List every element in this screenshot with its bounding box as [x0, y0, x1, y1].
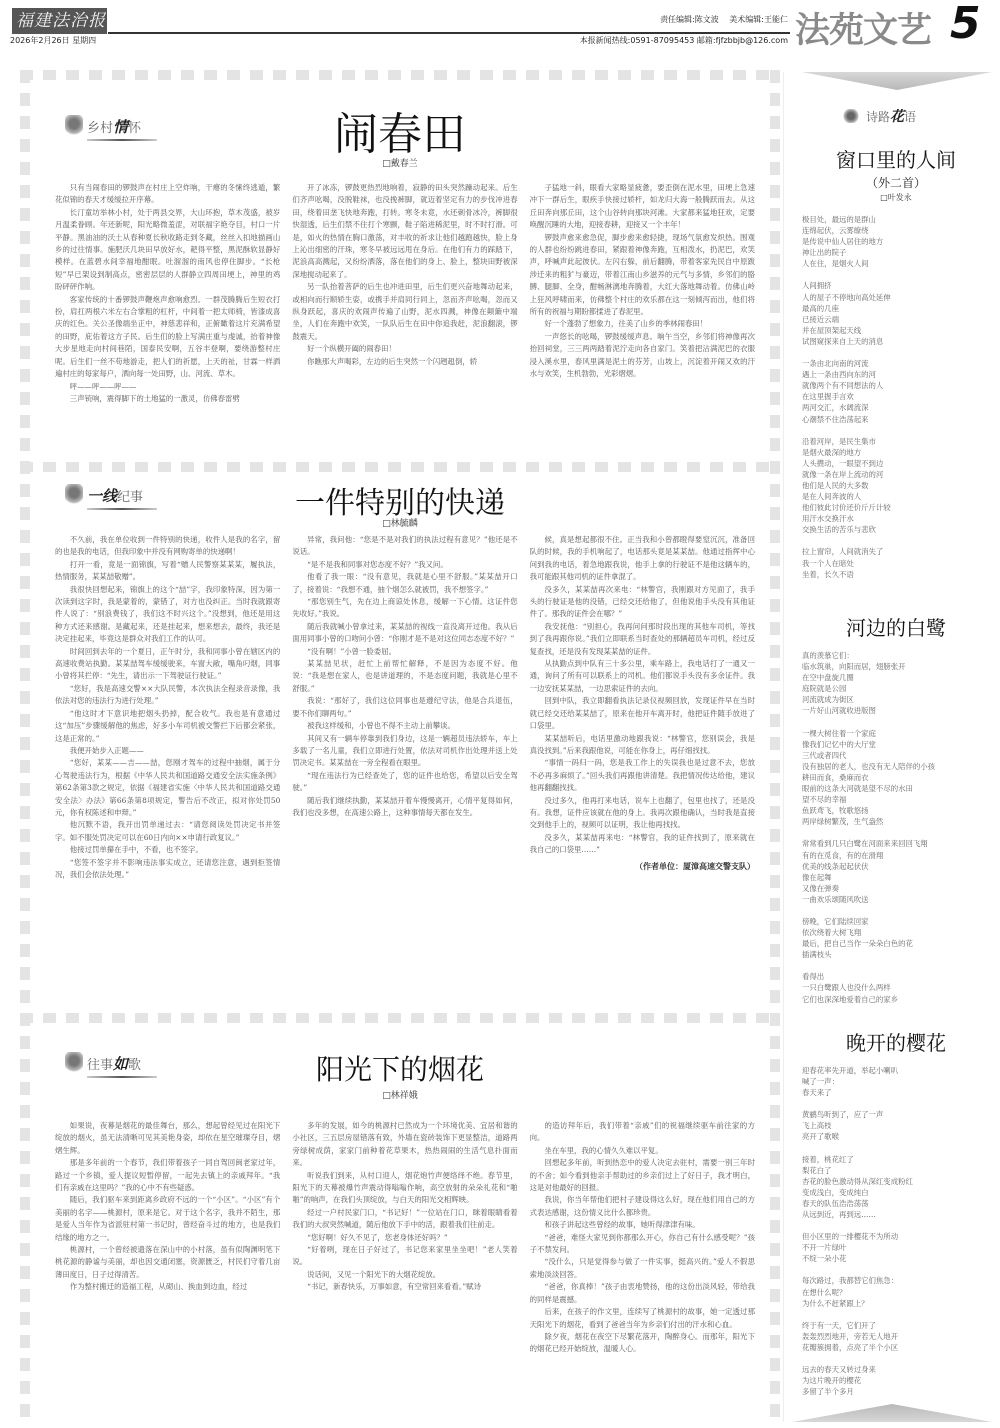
farmer-figure-icon: [65, 115, 83, 137]
poem-line: 坐着，长久不语: [802, 569, 992, 580]
paragraph: 我安抚他：“别担心，我再问问那时段出现的其他车司机，等找到了我再跟你说。”我们立…: [530, 621, 755, 658]
border-right: [770, 70, 780, 1420]
poem-line: 从远到近，再到远……: [802, 1209, 992, 1220]
paragraph: 经过一户村民家门口，“书记好！”一位站在门口，眯着眼睛看着我们的大叔突然喊道，随…: [292, 1207, 517, 1232]
poem-line: 杏花的脸色激动得从深红变成粉红: [802, 1176, 992, 1187]
poem-line: 为这片晚开的樱花: [802, 1375, 992, 1386]
paragraph: 随后，我们驱车来到距离乡政府不远的一个“小区”。“小区”有个美丽的名字——桃源村…: [55, 1194, 280, 1244]
paragraph: “爸爸，你真棒！”孩子由衷地赞扬，他的这份出淡风轻，带给我的同样是震撼。: [530, 1281, 755, 1306]
poem-line: 望不尽的幸福: [802, 794, 992, 805]
sidebar-divider: [783, 72, 784, 1422]
body-column-1: 只有当闹春田的锣鼓声在村庄上空炸响，干瘪的冬愫终逃遁，繁花似锦的春天才缓缓拉开序…: [55, 182, 280, 454]
hotline-contact: 本报新闻热线:0591-87095453 邮箱:fjfzbbjb@126.com: [580, 35, 788, 46]
poem-body: 真的羡慕它们： 临水筑巢，向阳而居，翅膀张开 在空中盘旋几圈 庭院就是公园 河流…: [802, 650, 992, 1016]
poem-line: 试图窥探来自上天的消息: [802, 336, 992, 347]
poem-line: 一片好山河就收进版图: [802, 705, 992, 716]
poem-line: 迎春花率先开道，举起小喇叭: [802, 1065, 992, 1076]
poem-line: 为什么不赶紧跟上？: [802, 1298, 992, 1309]
column-tag-label: 诗路花语: [866, 106, 916, 126]
poem-line: 依次绕着大树飞翔: [802, 927, 992, 938]
body-column-3: 的造访拜年后，我们带着“亲戚”们的祝福继续驱车前往家的方向。 坐在车里，我的心情…: [530, 1120, 755, 1420]
paragraph: “您好，我是高速交警××大队民警，本次执法全程录音录像，我依法对您的违法行为进行…: [55, 683, 280, 708]
poem-line: 像在起舞: [802, 872, 992, 883]
poem-line: 用汗水交换汗水: [802, 513, 992, 524]
poem-line: 花瓣簇拥着，点亮了半个小区: [802, 1342, 992, 1353]
poem-line: 常常看到几只白鹭在河面来来回回飞翔: [802, 838, 992, 849]
article-body: 如果说，夜幕是烟花的最佳舞台，那么，想起曾经见过在阳光下绽放的烟火，虽无法清晰可…: [55, 1120, 755, 1420]
stanza: 傍晚，它们陆续回家 依次绕着大树飞翔 最后，把自己当作一朵朵白色的花 插满枝头: [802, 916, 992, 960]
paragraph: “爸爸，难怪大家见到你都那么开心，你自己有什么感受呢？”孩子不禁发问。: [530, 1232, 755, 1257]
poem-line: 但小区里的一排樱花不为所动: [802, 1231, 992, 1242]
poem-line: 春天来了: [802, 1087, 992, 1098]
paragraph: 被我这样缓和，小曾也不得不主动上前攀谈。: [292, 720, 517, 732]
poem-line: 心潮禁不住浩荡起来: [802, 414, 992, 425]
poem-line: 一棵大树住着一个家庭: [802, 728, 992, 739]
tag-underline: [87, 1076, 157, 1078]
poem-line: 在这里握手言欢: [802, 391, 992, 402]
stanza: 极目处，最远的是群山 连绵起伏，云雾缭绕 是传说中仙人居住的地方 神让出的院子 …: [802, 214, 992, 269]
paragraph: 子猛地一斜，眼看大家略显疲惫，要歪倒在泥水里，田埂上急速冲下一群后生，眼疾手快接…: [530, 182, 755, 232]
paragraph: 随后我就喊小曾拿过来，某某喆的视线一直没离开过他。我从后面用同事小曾的口吻问小曾…: [292, 621, 517, 646]
tag-underline: [87, 508, 157, 510]
masthead: 福建法治报 2026年2月26日 星期四 责任编辑:陈文波 美术编辑:王能仁 本…: [0, 0, 1000, 48]
poem-subtitle: （外二首）: [792, 174, 1000, 191]
paragraph: 只有当闹春田的锣鼓声在村庄上空炸响，干瘪的冬愫终逃遁，繁花似锦的春天才缓缓拉开序…: [55, 182, 280, 207]
poem-line: 他们是人民的大多数: [802, 480, 992, 491]
article-byline: □戴春兰: [240, 156, 560, 169]
paragraph: “事情一码归一码，您是我工作上的失误我也是过意不去，您放不必再多麻烦了。”回头我…: [530, 757, 755, 794]
stanza: 看得出 一只白鹭跟人也没什么两样 它们也深深地爱着自己的家乡: [802, 971, 992, 1004]
poem-line: 临水筑巢，向阳而居，翅膀张开: [802, 661, 992, 672]
paragraph: 你瞧那大声喝彩，左边的后生突然一个闪趔趄倒，轿: [292, 356, 517, 368]
paragraph: 锣鼓声愈来愈急促，脚步愈来愈轻捷，现场气氛愈发炽热。围观的人群也纷纷跳进春田，紧…: [530, 232, 755, 319]
border-top-article2: [20, 462, 780, 472]
paragraph: 没多久，某某喆再来电：“林警官，我的证件找到了，原来就在我自己的口袋里……”: [530, 832, 755, 857]
poem-line: 河流就成为街区: [802, 694, 992, 705]
paragraph: 打开一看，竟是一面锦旗，写着“赠人民警察某某某，履执法，热情服务，某某喆敬赠”。: [55, 559, 280, 584]
poem-line: 不开一片绿叶: [802, 1242, 992, 1253]
border-top-article1: [20, 70, 780, 80]
tag-underline: [87, 139, 157, 141]
paragraph: 那是多年前的一个春节，我们带着孩子一同自驾回闽老家过年，路过一个乡镇，爱人提议短…: [55, 1157, 280, 1194]
paragraph: 他沉默不语，我开出罚单递过去：“请您阅读处罚决定书并签字。如不服处罚决定可以在6…: [55, 819, 280, 844]
poem-line: 多留了半个多月: [802, 1386, 992, 1397]
poem-line: 变成浅白，变成纯白: [802, 1187, 992, 1198]
poem-line: 不绽一朵小花: [802, 1253, 992, 1264]
paragraph: 后来，在孩子的作文里，连续写了桃源村的故事，她一定透过那天阳光下的烟花，看到了爸…: [530, 1306, 755, 1331]
body-column-3: 子猛地一斜，眼看大家略显疲惫，要歪倒在泥水里，田埂上急速冲下一群后生，眼疾手快接…: [530, 182, 755, 454]
article-title: 阳光下的烟花: [220, 1048, 580, 1088]
poem-line: 优美的线条起起伏伏: [802, 861, 992, 872]
column-tag: 诗路花语: [842, 106, 916, 126]
poem-line: 它们也深深地爱着自己的家乡: [802, 994, 992, 1005]
poem-line: 看得出: [802, 971, 992, 982]
poem-line: 人头攒动，一眼望不到边: [802, 458, 992, 469]
poem-line: 又像在弹奏: [802, 883, 992, 894]
issue-date: 2026年2月26日 星期四: [10, 35, 96, 46]
poem-line: 每次路过，我都替它们焦急：: [802, 1275, 992, 1286]
article-sunlight-fireworks: 往事如歌 阳光下的烟花 □林祥娥 如果说，夜幕是烟花的最佳舞台，那么，想起曾经见…: [40, 1030, 760, 1425]
stanza: 人间拥挤 人的屋子不停地向高处延伸 最高的几座 已接近云端 并在屋顶架起天线 试…: [802, 280, 992, 347]
border-left: [20, 70, 30, 1420]
paragraph: 我便开始步入正题——: [55, 745, 280, 757]
stanza: 迎春花率先开道，举起小喇叭 喊了一声： 春天来了: [802, 1065, 992, 1098]
poem-line: 交换生活的苦乐与悲欣: [802, 524, 992, 535]
poem-line: 终于有一天，它们开了: [802, 1320, 992, 1331]
stanza: 远去的春天又转过身来 为这片晚开的樱花 多留了半个多月: [802, 1364, 992, 1397]
stanza: 一条由北向南的河流 遇上一条由西向东的河 就像两个有不同想法的人 在这里握手言欢…: [802, 358, 992, 425]
poem-line: 轰轰烈烈地开，旁若无人地开: [802, 1331, 992, 1342]
poem-line: 两岸绿树繁茂，生气盎然: [802, 816, 992, 827]
paragraph: 没过多久，他再打来电话，说车上也翻了，包里也找了，还是没有。我想，证件应该就在他…: [530, 795, 755, 832]
poem-line: 遇上一条由西向东的河: [802, 369, 992, 380]
paragraph: 异常，我问他：“您是不是对我们的执法过程有意见？”他还是不说话。: [292, 534, 517, 559]
body-column-2: 异常，我问他：“您是不是对我们的执法过程有意见？”他还是不说话。 “是不是我和同…: [292, 534, 517, 1004]
article-nao-chun-tian: 乡村情怀 闹春田 □戴春兰 只有当闹春田的锣鼓声在村庄上空炸响，干瘪的冬愫终逃遁…: [40, 90, 760, 460]
poem-line: 在想什么呢？: [802, 1287, 992, 1298]
column-tag-label: 往事如歌: [87, 1053, 141, 1074]
poem-title: 河边的白鹭: [792, 612, 1000, 641]
bicycle-sketch-icon: [65, 1052, 83, 1074]
poem-line: 并在屋顶架起天线: [802, 325, 992, 336]
poem-line: 真的羡慕它们：: [802, 650, 992, 661]
article-special-delivery: 一线纪事 一件特别的快递 □林毓麟 不久前，我在单位收到一件特别的快递，收件人是…: [40, 478, 760, 1008]
poem-line: 神让出的院子: [802, 247, 992, 258]
paragraph: 随后我们继续执勤，某某喆开着车慢慢离开，心情平复得如何，我们也没多想，在高速公路…: [292, 795, 517, 820]
article-title: 闹春田: [240, 98, 560, 162]
stanza: 沿着河岸，是民生集市 是烟火最深的地方 人头攒动，一眼望不到边 就像一条在岸上流…: [802, 436, 992, 536]
paragraph: 好一个蓬勃了想象力，往美了山乡的季林闹春田！: [530, 318, 755, 330]
column-tag-label: 乡村情怀: [87, 116, 141, 137]
paragraph: 除夕夜，烟花在夜空下尽繁花落开，陶醉身心。而那年，阳光下的烟花已经开始绽放，温暖…: [530, 1331, 755, 1356]
paragraph: 我说，你当年帮他们把村子建设得这么好，现在他们用自己的方式表达感谢，这份情义比什…: [530, 1194, 755, 1219]
paragraph: 呯——呯——呯——: [55, 381, 280, 393]
poem-line: 人的屋子不停地向高处延伸: [802, 292, 992, 303]
paragraph: 时间回到去年的一个夏日，正午时分，我和同事小曾在辖区内的高速收费站执勤。某某喆驾…: [55, 646, 280, 683]
poem-line: 黄鹂鸟听到了，应了一声: [802, 1109, 992, 1120]
poem-line: 是烟火最深的地方: [802, 447, 992, 458]
paragraph: 坐在车里，我的心情久久难以平复。: [530, 1145, 755, 1157]
stanza: 拉上窗帘，人间就消失了 我一个人在暗处 坐着，长久不语: [802, 546, 992, 579]
poetry-sidebar: 诗路花语 窗口里的人间 （外二首） □叶发永 极目处，最远的是群山 连绵起伏，云…: [792, 72, 1000, 1428]
poem-line: 我一个人在暗处: [802, 558, 992, 569]
poem-line: 两河交汇，水阔流深: [802, 402, 992, 413]
poem-line: 飞上高枝: [802, 1120, 992, 1131]
poem-line: 最高的几座: [802, 303, 992, 314]
poem-body: 极目处，最远的是群山 连绵起伏，云雾缭绕 是传说中仙人居住的地方 神让出的院子 …: [802, 214, 992, 591]
paragraph: “书记，新春快乐，万事如意，有空常回来看看。”赋诗: [292, 1281, 517, 1293]
body-column-2: 开了冰冻，锣鼓更热烈地响着，寂静的田头突然躁动起来。后生们齐声吆喝，没脱鞋袜，也…: [292, 182, 517, 454]
poem-line: 像我们记忆中的大厅堂: [802, 739, 992, 750]
paragraph: 开了冰冻，锣鼓更热烈地响着，寂静的田头突然躁动起来。后生们齐声吆喝，没脱鞋袜，也…: [292, 182, 517, 281]
paragraph: “您好啊！好久不见了，您老身体还好吗？”: [292, 1232, 517, 1244]
poem-line: 连绵起伏，云雾缭绕: [802, 225, 992, 236]
poem-line: 鱼跃鸢飞，牧歌悠扬: [802, 805, 992, 816]
stanza: 终于有一天，它们开了 轰轰烈烈地开，旁若无人地开 花瓣簇拥着，点亮了半个小区: [802, 1320, 992, 1353]
poem-line: 春天的队伍浩浩荡荡: [802, 1198, 992, 1209]
column-tag: 乡村情怀: [65, 115, 141, 137]
column-tag: 一线纪事: [65, 484, 143, 506]
paragraph: 作为整村搬迁的造福工程，从砌山、换血到边血，经过: [55, 1281, 280, 1293]
poem-title: 晚开的樱花: [792, 1027, 1000, 1056]
poem-line: 最后，把自己当作一朵朵白色的花: [802, 938, 992, 949]
newspaper-logo: 福建法治报: [12, 8, 107, 34]
paragraph: “没有啊！”小曾一脸委屈。: [292, 646, 517, 658]
paragraph: 回想起多年前，听到热恋中的爱人决定去驻村，需要一别三年时的不舍；如今看到他亲手帮…: [530, 1157, 755, 1194]
poem-line: 接着，桃花红了: [802, 1154, 992, 1165]
body-column-2: 多年的发展，如今的桃源村已然成为一个环境优美、宜居和谐的小社区，三五层房屋错落有…: [292, 1120, 517, 1420]
body-column-3: 候，真是想起都很不住。正当我和小曾都瞪得要窒沉沉，准备回队的时候，我的手机响起了…: [530, 534, 755, 1004]
poem-body: 迎春花率先开道，举起小喇叭 喊了一声： 春天来了 黄鹂鸟听到了，应了一声 飞上高…: [802, 1065, 992, 1408]
column-tag-label: 一线纪事: [87, 485, 143, 506]
poem-line: 已接近云端: [802, 314, 992, 325]
paragraph: 从执勤点到中队有三十多公里，乘车路上，我电话打了一通又一通，询问了所有可以联系上…: [530, 658, 755, 695]
paragraph: 和孩子讲起这些曾经的故事，她听得津津有味。: [530, 1219, 755, 1231]
stanza: 每次路过，我都替它们焦急： 在想什么呢？ 为什么不赶紧跟上？: [802, 1275, 992, 1308]
paragraph: “他这时才下意识地把烟头扔掉，配合收气。我也是有意通过这“加压”步骤缓解他的焦虑…: [55, 708, 280, 745]
page-number: 5: [950, 0, 981, 49]
stanza: 真的羡慕它们： 临水筑巢，向阳而居，翅膀张开 在空中盘旋几圈 庭院就是公园 河流…: [802, 650, 992, 717]
paragraph: 没多久，某某喆再次来电：“林警官，我刚跟对方见面了，我手头的行驶证是他的没错，已…: [530, 584, 755, 621]
paragraph: “好着咧，现在日子好过了，书记您来家里坐坐吧！”老人笑着说。: [292, 1244, 517, 1269]
paragraph: 候，真是想起都很不住。正当我和小曾都瞪得要窒沉沉，准备回队的时候，我的手机响起了…: [530, 534, 755, 584]
editors-credit: 责任编辑:陈文波 美术编辑:王能仁: [660, 14, 788, 25]
paragraph: 听说我们到来，从村口迎人，烟花炮竹声便络绎不绝。春节里，阳光下的天幕被爆竹声震动…: [292, 1170, 517, 1207]
body-column-1: 不久前，我在单位收到一件特别的快递，收件人是我的名字，留的也是我的电话，但我印象…: [55, 534, 280, 1004]
paragraph: 客家传统的十番锣鼓声鞭炮声愈响愈烈。一群茂腾腾后生短衣打扮，肩扛两根六米左右合掌…: [55, 294, 280, 381]
paragraph: “是不是我和同事对您态度不好？”我又问。: [292, 559, 517, 571]
paragraph: 某某喆见状，赶忙上前帮忙解释，不是因为态度不好。他说：“我是想在家人，也是讲道理…: [292, 658, 517, 695]
paragraph: 如果说，夜幕是烟花的最佳舞台，那么，想起曾经见过在阳光下绽放的烟火，虽无法清晰可…: [55, 1120, 280, 1157]
column-tag: 往事如歌: [65, 1052, 141, 1074]
article-byline: □林祥娥: [220, 1088, 580, 1101]
section-title: 法苑文艺: [795, 3, 931, 53]
paragraph: 一声悠长的吆喝，锣鼓缓缓声息。晌午当空，乡邻们将神像再次抬回祠堂，三三两两踏着泥…: [530, 331, 755, 381]
poem-title: 窗口里的人间: [792, 144, 1000, 173]
article-byline: □林毓麟: [220, 516, 580, 529]
article-body: 只有当闹春田的锣鼓声在村庄上空炸响，干瘪的冬愫终逃遁，繁花似锦的春天才缓缓拉开序…: [55, 182, 755, 454]
poem-line: 是传说中仙人居住的地方: [802, 236, 992, 247]
poem-line: 是在人间奔波的人: [802, 491, 992, 502]
poem-line: 他们彼此讨价还价斤斤计较: [802, 502, 992, 513]
poem-byline: □叶发永: [792, 192, 1000, 203]
paragraph: 他看了我一眼：“没有意见，我就是心里不舒服。”某某喆开口了，接着说：“我想不通，…: [292, 571, 517, 596]
paragraph: “那您别生气，先在边上商谅处休息，缓解一下心情。这证件您先收好。”我说。: [292, 596, 517, 621]
paragraph: 的造访拜年后，我们带着“亲戚”们的祝福继续驱车前往家的方向。: [530, 1120, 755, 1145]
paragraph: 另一队抬着菩萨的后生也冲进田里，后生们更兴奋地舞动起来，或相向而行顺轿生姿，或携…: [292, 281, 517, 343]
poem-line: 插满枝头: [802, 949, 992, 960]
stanza: 接着，桃花红了 梨花白了 杏花的脸色激动得从深红变成粉红 变成浅白，变成纯白 春…: [802, 1154, 992, 1221]
poem-line: 傍晚，它们陆续回家: [802, 916, 992, 927]
poem-line: 一条由北向南的河流: [802, 358, 992, 369]
poem-line: 人在住，是烟火人间: [802, 258, 992, 269]
paragraph: 多年的发展，如今的桃源村已然成为一个环境优美、宜居和谐的小社区，三五层房屋错落有…: [292, 1120, 517, 1170]
poem-line: 有的在觅食，有的在滑翔: [802, 850, 992, 861]
paragraph: 三声铳响，震得脚下的土地猛的一激灵，仿佛春雷劈: [55, 393, 280, 405]
poem-line: 一曲欢乐颂随风吹送: [802, 894, 992, 905]
poem-line: 人间拥挤: [802, 280, 992, 291]
poem-line: 沿着河岸，是民生集市: [802, 436, 992, 447]
poem-line: 耕田而食，桑麻而衣: [802, 772, 992, 783]
poem-line: 拉上窗帘，人间就消失了: [802, 546, 992, 557]
poem-line: 就像两个有不同想法的人: [802, 380, 992, 391]
scales-justice-icon: [65, 484, 83, 506]
poem-line: 远去的春天又转过身来: [802, 1364, 992, 1375]
paragraph: 桃源村，一个曾经被遗落在深山中的小村落，虽有似陶渊明笔下桃花源的静谧与美丽，却也…: [55, 1244, 280, 1281]
paragraph: 某某喆听后，电话里激动地跟我说：“林警官，您别误会，我是真没找到。”后来我跟他说…: [530, 733, 755, 758]
poem-line: 一只白鹭跟人也没什么两样: [802, 982, 992, 993]
paragraph: “您好，某某——吉——喆，您刚才驾车的过程中抽烟，属于分心驾驶违法行为，根据《中…: [55, 757, 280, 819]
paragraph: “没什么，只是觉得参与做了一件实事，挺高兴的。”爱人不假思索地淡淡回答。: [530, 1256, 755, 1281]
flower-icon: [842, 109, 860, 123]
poem-line: 庭院就是公园: [802, 683, 992, 694]
poem-line: 极目处，最远的是群山: [802, 214, 992, 225]
stanza: 一棵大树住着一个家庭 像我们记忆中的大厅堂 三代或者四代 没有独居的老人，也没有…: [802, 728, 992, 828]
poem-line: 喊了一声：: [802, 1076, 992, 1087]
paragraph: “现在违法行为已经查处了，您的证件也给您，希望以后安全驾驶。”: [292, 770, 517, 795]
paragraph: 回到中队，我立即翻看执法记录仪视频回放，发现证件早在当时就已经交还给某某喆了，原…: [530, 695, 755, 732]
paragraph: 说话间，又见一个阳光下的大烟花绽放。: [292, 1269, 517, 1281]
paragraph: 不久前，我在单位收到一件特别的快递，收件人是我的名字，留的也是我的电话，但我印象…: [55, 534, 280, 559]
stanza: 黄鹂鸟听到了，应了一声 飞上高枝 亮开了歌喉: [802, 1109, 992, 1142]
body-column-1: 如果说，夜幕是烟花的最佳舞台，那么，想起曾经见过在阳光下绽放的烟火，虽无法清晰可…: [55, 1120, 280, 1420]
paragraph: 其间又有一辆车停靠到我们身边，这是一辆超员违法轿车，车上多载了一名儿童，我们立即…: [292, 733, 517, 770]
poem-line: 眼前的这条大河就是望不尽的水田: [802, 783, 992, 794]
chevron-down-ornament: [802, 72, 992, 90]
poem-line: 三代或者四代: [802, 750, 992, 761]
paragraph: “您签不签字并不影响违法事实成立，还请您注意，遇到拒签情况，我们会依法处理。”: [55, 857, 280, 882]
paragraph: 我很快回想起来，锦旗上的这个“喆”字，我印象特深，因为第一次读到这字时，我是蒙着…: [55, 584, 280, 646]
masthead-rule: [108, 32, 790, 34]
paragraph: 好一个纵横开阖的闹春田！: [292, 343, 517, 355]
poem-line: 梨花白了: [802, 1165, 992, 1176]
stanza: 常常看到几只白鹭在河面来来回回飞翔 有的在觅食，有的在滑翔 优美的线条起起伏伏 …: [802, 838, 992, 905]
poem-line: 亮开了歌喉: [802, 1131, 992, 1142]
author-affiliation: （作者单位：厦漳高速交警支队）: [530, 861, 755, 873]
poem-line: 没有独居的老人，也没有无人陪伴的小孩: [802, 761, 992, 772]
poem-line: 就像一条在岸上流动的河: [802, 469, 992, 480]
border-top-article3: [20, 1013, 780, 1023]
article-body: 不久前，我在单位收到一件特别的快递，收件人是我的名字，留的也是我的电话，但我印象…: [55, 534, 755, 1004]
paragraph: 他接过罚单攥在手中，不看，也不签字。: [55, 844, 280, 856]
poem-line: 在空中盘旋几圈: [802, 672, 992, 683]
paragraph: 长汀童坊举林小村，处于两县交界，大山环抱，草木茂盛，被岁月温柔眷顾。年还新呢，阳…: [55, 207, 280, 294]
paragraph: 我说：“那好了，我们这位同事也是遵纪守法，他是合兵退伍，要不你们聊两句。”: [292, 695, 517, 720]
stanza: 但小区里的一排樱花不为所动 不开一片绿叶 不绽一朵小花: [802, 1231, 992, 1264]
